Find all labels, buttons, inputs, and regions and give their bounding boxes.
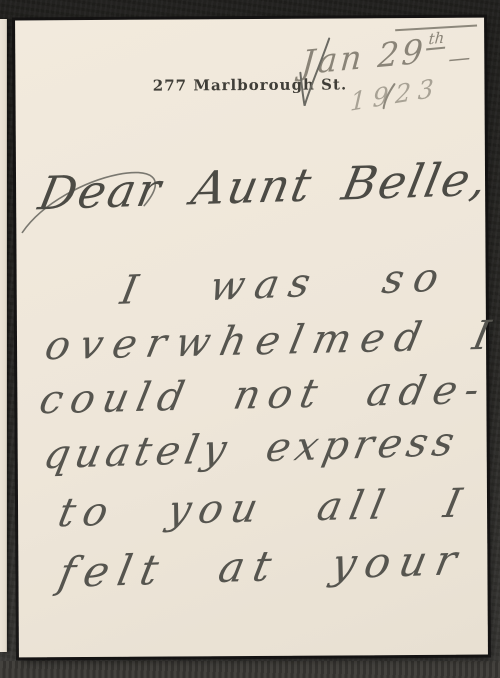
background-mat-bottom [0,661,500,678]
adjacent-page-edge [0,19,7,652]
handwriting-line-1: Dear Aunt Belle, [34,152,493,220]
date-ordinal-superscript: th [426,28,447,50]
handwriting-line-6: to you all I [54,481,473,537]
handwriting-line-2: I was so [117,254,453,313]
letter-page: 277 Marlborough St. Jan 29th— 1923 Dear … [15,18,488,658]
handwriting-line-3: overwhelmed I [41,313,500,370]
letter-scan-photo: 277 Marlborough St. Jan 29th— 1923 Dear … [0,0,500,678]
handwriting-line-4: could not ade- [36,367,492,424]
handwriting-line-7: felt at your [55,535,470,597]
date-dash: — [447,45,471,72]
handwriting-line-5: quately express [40,419,463,478]
